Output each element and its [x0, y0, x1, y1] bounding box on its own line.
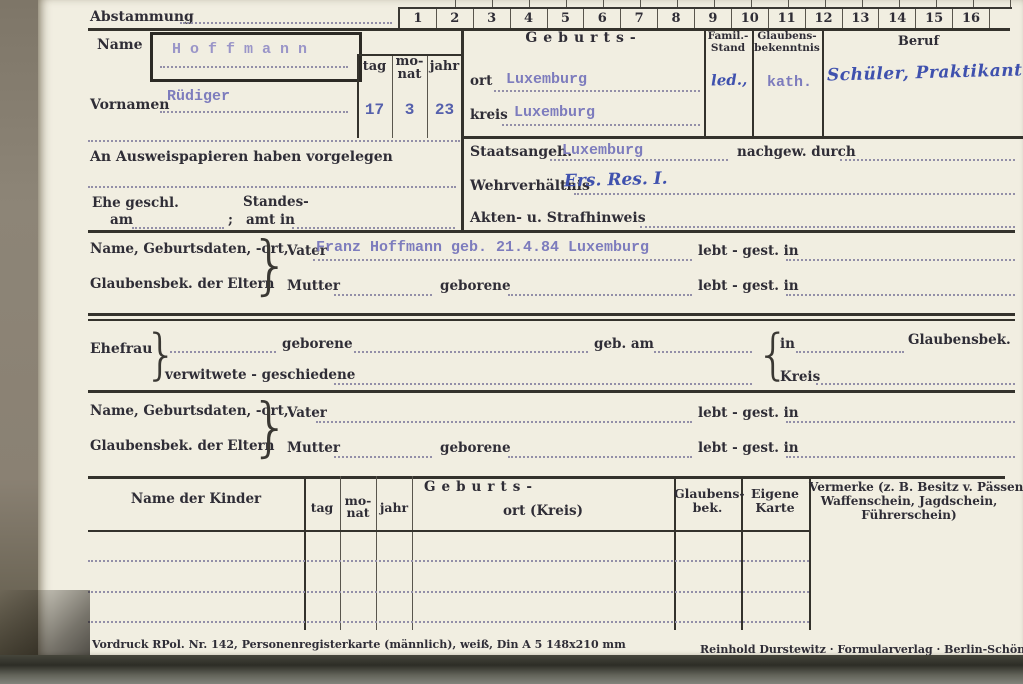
kreis-value: Luxemburg [514, 104, 595, 121]
number-cell: 4 [511, 9, 548, 30]
geburts-header: Geburts- [462, 31, 705, 46]
dotted-line [654, 351, 752, 353]
abstammung-dotted-line [180, 22, 392, 24]
familienstand-label: Famil.- [704, 31, 752, 42]
dotted-line [640, 226, 1015, 228]
vater-label: Vater [287, 406, 327, 420]
dotted-line [334, 294, 432, 296]
glaubensbekenntnis-label: bekenntnis [752, 43, 822, 54]
dotted-line [840, 159, 1015, 161]
number-cell: 6 [584, 9, 621, 30]
geborene-label: geborene [440, 279, 511, 293]
separator: ; [228, 213, 233, 227]
glaubensbekenntnis-value: kath. [767, 74, 812, 91]
number-cell: 5 [548, 9, 585, 30]
dotted-line [88, 140, 460, 142]
glaubensbekenntnis-label: Glaubens- [752, 31, 822, 42]
standesamt-label: Standes- [243, 195, 309, 209]
number-cell: 3 [474, 9, 511, 30]
lebt-gest-label: lebt - gest. in [698, 406, 799, 420]
number-cell: 15 [916, 9, 953, 30]
dotted-line [796, 351, 904, 353]
kinder-geburts-header: Geburts- [424, 480, 538, 494]
kinder-monat-header: nat [340, 506, 376, 519]
kinder-glaubens-header: bek. [674, 501, 741, 514]
dotted-line [508, 294, 692, 296]
number-cell: 14 [879, 9, 916, 30]
dotted-line [574, 193, 1015, 195]
kreis-label: Kreis [780, 370, 820, 384]
ausweispapiere-label: An Ausweispapieren haben vorgelegen [90, 150, 393, 165]
kreis-dotted-line [502, 124, 700, 126]
familienstand-value: led., [711, 71, 748, 90]
eltern-label: Glaubensbek. der Eltern [90, 439, 274, 453]
ort-label: ort [470, 74, 492, 88]
dotted-line [313, 259, 692, 261]
wehrverhaeltnis-value: Ers. Res. I. [564, 169, 668, 192]
scan-background-edge [0, 655, 1023, 684]
divider [88, 230, 1015, 233]
kinder-row-dotted-line [88, 591, 809, 593]
vornamen-label: Vornamen [90, 98, 169, 113]
kinder-jahr-header: jahr [376, 501, 412, 514]
dotted-line [354, 351, 588, 353]
lebt-gest-label: lebt - gest. in [698, 279, 799, 293]
name-label: Name [97, 38, 143, 53]
divider [88, 530, 809, 532]
mutter-label: Mutter [287, 441, 340, 455]
dotted-line [292, 227, 455, 229]
vornamen-dotted-line [160, 111, 348, 113]
dotted-line [786, 259, 1015, 261]
dotted-line [170, 351, 276, 353]
ehe-am-label: am [110, 213, 133, 227]
number-cell: 11 [769, 9, 806, 30]
jahr-label: jahr [427, 60, 462, 74]
number-cell: 16 [953, 9, 990, 30]
familienstand-label: Stand [704, 43, 752, 54]
number-cell: 12 [806, 9, 843, 30]
number-cell: 7 [621, 9, 658, 30]
lebt-gest-label: lebt - gest. in [698, 441, 799, 455]
abstammung-label: Abstammung [90, 10, 194, 25]
name-dotted-line [160, 66, 348, 68]
dotted-line [508, 456, 692, 458]
geb-am-label: geb. am [594, 337, 654, 351]
kinder-eigene-karte-header: Karte [741, 501, 809, 514]
staatsangehoerigkeit-label: Staatsangeh. [470, 145, 572, 160]
number-cell: 10 [732, 9, 769, 30]
kinder-vermerke-header: Waffenschein, Jagdschein, [809, 495, 1009, 508]
dotted-line [816, 383, 1015, 385]
divider [88, 390, 1015, 393]
in-label: in [780, 337, 795, 351]
divider [412, 476, 413, 630]
staatsangehoerigkeit-value: Luxemburg [562, 142, 643, 159]
kinder-name-header: Name der Kinder [88, 492, 304, 506]
divider [88, 313, 1015, 316]
kinder-ort-header: ort (Kreis) [412, 504, 674, 518]
divider [376, 476, 377, 630]
standesamt-label: amt in [246, 213, 295, 227]
name-value: Hoffmann [172, 41, 316, 58]
ort-dotted-line [494, 90, 700, 92]
brace-glyph: } [250, 234, 291, 298]
number-cell-empty [990, 9, 1012, 30]
mutter-label: Mutter [287, 279, 340, 293]
divider [461, 28, 464, 232]
number-cell: 1 [400, 9, 437, 30]
beruf-label: Beruf [822, 35, 1015, 49]
birth-year-value: 23 [427, 101, 462, 119]
vater-value: Franz Hoffmann geb. 21.4.84 Luxemburg [316, 239, 649, 256]
footer-publisher: Reinhold Durstewitz · Formularverlag · B… [700, 644, 1023, 656]
kinder-tag-header: tag [304, 501, 340, 514]
dotted-line [786, 421, 1015, 423]
kinder-vermerke-header: Vermerke (z. B. Besitz v. Pässen, [809, 481, 1009, 494]
kinder-table-top-border [88, 476, 1005, 479]
number-cell: 9 [695, 9, 732, 30]
dotted-line [132, 227, 224, 229]
top-edge-ticks [455, 0, 1011, 7]
verwitwete-label: verwitwete - geschiedene [165, 368, 355, 382]
nachgewiesen-label: nachgew. durch [737, 145, 856, 159]
glaubensbek-label: Glaubensbek. [908, 333, 1011, 347]
number-cell: 13 [843, 9, 880, 30]
kinder-eigene-karte-header: Eigene [741, 487, 809, 500]
document-scan: Abstammung 1 2 3 4 5 6 7 8 9 10 11 12 13… [0, 0, 1023, 684]
divider [304, 476, 306, 630]
dotted-line [316, 421, 692, 423]
kinder-glaubens-header: Glaubens- [674, 487, 741, 500]
kinder-row-dotted-line [88, 560, 809, 562]
footer-form-info: Vordruck RPol. Nr. 142, Personenregister… [92, 639, 626, 651]
kinder-vermerke-header: Führerschein) [809, 509, 1009, 522]
birth-month-value: 3 [392, 101, 427, 119]
divider [461, 136, 1023, 139]
divider [88, 319, 1015, 321]
dotted-line [334, 456, 432, 458]
monat-label: nat [392, 68, 427, 82]
dotted-line [550, 159, 728, 161]
number-grid-row: 1 2 3 4 5 6 7 8 9 10 11 12 13 14 15 16 [398, 7, 1012, 30]
ort-value: Luxemburg [506, 71, 587, 88]
ehe-geschl-label: Ehe geschl. [92, 196, 179, 210]
dotted-line [334, 383, 752, 385]
geborene-label: geborene [282, 337, 353, 351]
kinder-row-dotted-line [88, 621, 809, 623]
birth-day-value: 17 [357, 101, 392, 119]
tag-label: tag [357, 60, 392, 74]
dotted-line [88, 186, 456, 188]
vornamen-value: Rüdiger [167, 88, 230, 105]
brace-glyph: } [250, 396, 291, 460]
number-cell: 2 [437, 9, 474, 30]
kreis-label: kreis [470, 108, 508, 122]
eltern-label: Glaubensbek. der Eltern [90, 277, 274, 291]
number-cell: 8 [658, 9, 695, 30]
dotted-line [786, 456, 1015, 458]
akten-strafhinweis-label: Akten- u. Strafhinweis [470, 211, 646, 226]
geborene-label: geborene [440, 441, 511, 455]
dotted-line [786, 294, 1015, 296]
lebt-gest-label: lebt - gest. in [698, 244, 799, 258]
